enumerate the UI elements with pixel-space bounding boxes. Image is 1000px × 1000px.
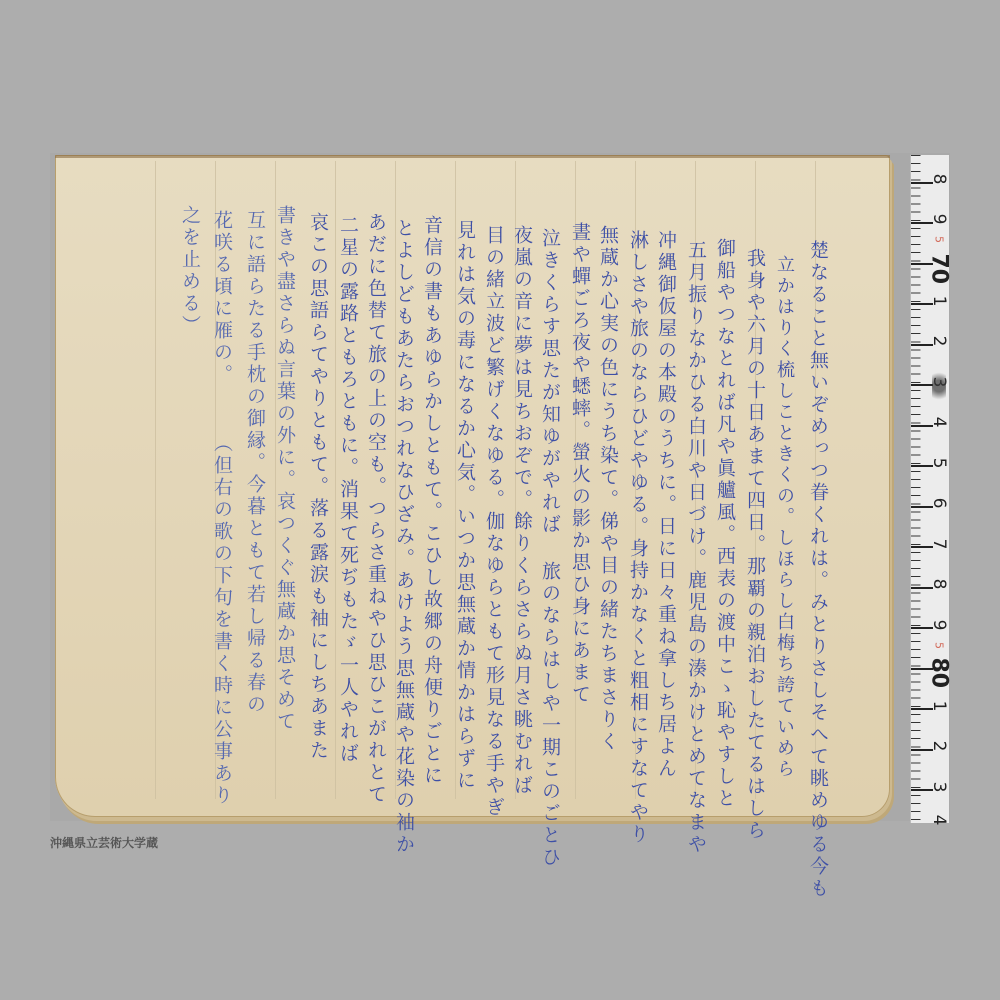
ruler-label: 9 — [929, 209, 949, 229]
ink-smudge — [932, 368, 946, 404]
ruled-line — [335, 161, 336, 799]
handwritten-column: 我身や六月の十日あまて四日。那覇の親泊おしたてるはしら — [745, 248, 764, 842]
handwritten-column: 無蔵か心実の色にうち染て。俤や目の緒たちまさりく — [598, 225, 617, 753]
ruler-label: 70 — [927, 254, 952, 274]
ruler-ticks — [911, 155, 927, 823]
handwritten-column: 泣きくらす思たが知ゆがやれば 旅のならはしや一期このごとひ — [540, 228, 559, 869]
page-top-edge — [55, 155, 890, 158]
ruler-label: 2 — [929, 736, 949, 756]
handwritten-column: 音信の書もあゆらかしともて。こひし故郷の舟便りごとに — [422, 215, 441, 787]
handwritten-column: 之を止める） — [180, 205, 199, 337]
handwritten-column: 互に語らたる手枕の御縁。今暮ともて若し帰る春の — [245, 210, 264, 716]
handwritten-column: 哀この思語らてやりともて。落る露涙も袖にしちあまた — [308, 212, 327, 762]
ruled-line — [155, 161, 156, 799]
ruler-label: 3 — [929, 777, 949, 797]
ruler-half-mark: 5 — [933, 230, 946, 250]
handwritten-column: 書きや盡さらぬ言葉の外に。哀つくぐ無蔵か思そめて — [275, 205, 294, 733]
ruler-label: 9 — [929, 615, 949, 635]
ruler-label: 2 — [929, 331, 949, 351]
ruler-label: 4 — [929, 810, 949, 830]
handwritten-column: 晝や蟬ごろ夜や蟋蟀。螢火の影か思ひ身にあまて — [570, 222, 589, 706]
ruler-label: 7 — [929, 534, 949, 554]
ruler-label: 8 — [929, 574, 949, 594]
ruler-label: 6 — [929, 493, 949, 513]
handwritten-column: 五月振りなかひる白川や日づけ。鹿児島の湊かけとめてなまや — [686, 240, 705, 856]
ruler-label: 8 — [929, 169, 949, 189]
handwritten-column: あだに色替て旅の上の空も。つらさ重ねやひ思ひこがれとて — [366, 212, 385, 806]
handwritten-column: 二星の露路ともろともに。消果て死ぢもたゞ一人やれば — [338, 215, 357, 765]
handwritten-column: とよしどもあたらおつれなひざみ。あけよう思無蔵や花染の袖か — [394, 218, 413, 856]
ruler-half-mark: 5 — [933, 636, 946, 656]
handwritten-column: 見れは気の毒になるか心気。いつか思無蔵か情かはらずに — [455, 220, 474, 792]
handwritten-column: 淋しさや旅のならひどやゆる。身持かなくと粗相にすなてやり — [628, 230, 647, 846]
handwritten-column: 目の緒立波ど繁げくなゆる。伽なゆらともて形見なる手やぎ — [484, 225, 503, 819]
handwritten-column: 花咲る頃に雁の。 （但右の歌の下句を書く時に公事あり — [212, 210, 231, 807]
measuring-ruler: 8 9 5 70 1 2 3 4 5 6 7 8 9 5 80 1 2 3 4 — [910, 155, 949, 823]
collection-caption: 沖縄県立芸術大学蔵 — [50, 834, 158, 851]
ruler-label: 1 — [929, 696, 949, 716]
handwritten-column: 冲縄御仮屋の本殿のうちに。日に日々重ね拿しち居よん — [656, 230, 675, 780]
handwritten-column: 御船やつなとれば凡や眞艫風。西表の渡中こゝ恥やすしと — [715, 238, 734, 810]
handwritten-column: 夜嵐の音に夢は見ちおぞで。餘りくらさらぬ月さ眺むれば — [512, 225, 531, 797]
ruler-label: 4 — [929, 412, 949, 432]
handwritten-column: 立かはりく梳しこときくの。しほらし白梅ち誇ていめら — [775, 255, 793, 780]
ruler-label: 1 — [929, 291, 949, 311]
ruler-label: 5 — [929, 453, 949, 473]
ruler-label: 80 — [927, 658, 952, 678]
handwritten-column: 楚なること無いぞめっつ眷くれは。みとりさしそへて眺めゆる今も — [808, 240, 827, 900]
